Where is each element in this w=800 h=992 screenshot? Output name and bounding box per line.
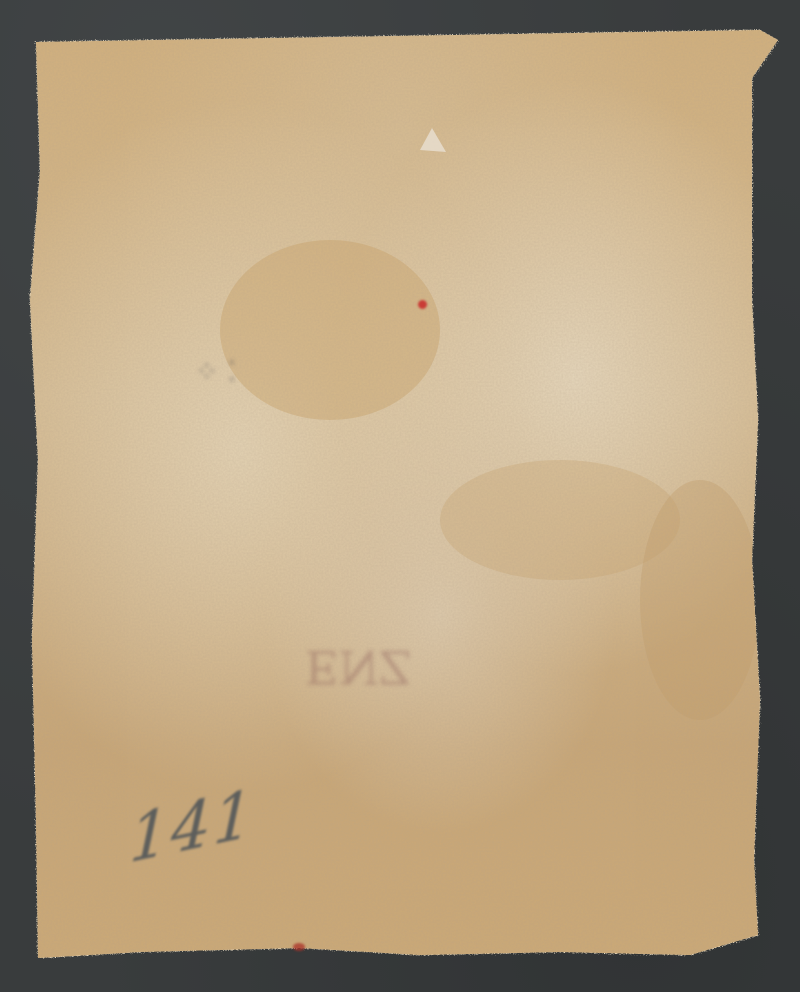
stamp xyxy=(0,0,800,992)
red-ink-spot xyxy=(293,943,305,951)
red-ink-spot xyxy=(418,300,427,309)
photo-scene: ENZ ⁘ ⁚ 141 xyxy=(0,0,800,992)
dot-marks: ⁘ ⁚ xyxy=(195,355,236,388)
stamp-paper xyxy=(0,0,800,992)
showthrough-mark: ENZ xyxy=(305,640,411,694)
